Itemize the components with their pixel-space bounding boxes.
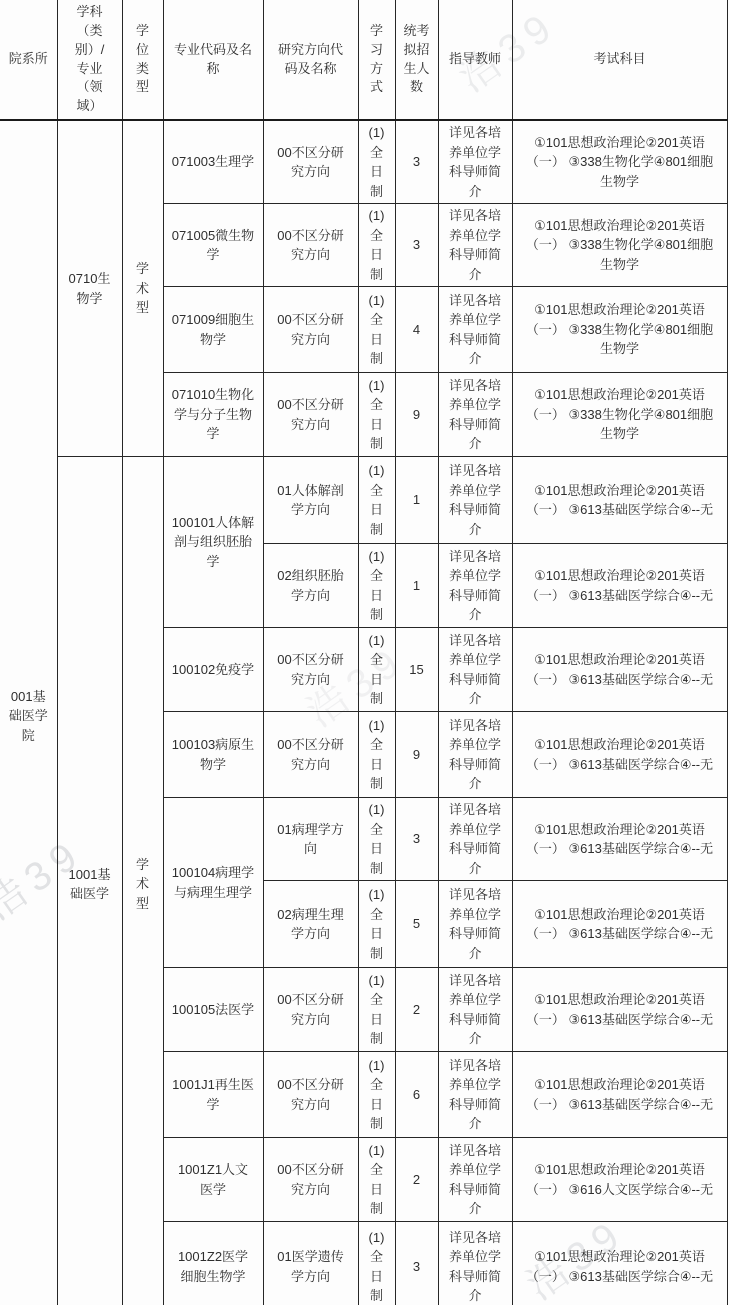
exam-subjects-cell: ①101思想政治理论②201英语 （一） ③613基础医学综合④--无 bbox=[512, 798, 727, 881]
major-cell: 071005微生物学 bbox=[163, 204, 263, 287]
col-header-direction: 研究方向代 码及名称 bbox=[263, 0, 358, 120]
direction-cell: 00不区分研究方向 bbox=[263, 712, 358, 798]
major-cell: 100105法医学 bbox=[163, 968, 263, 1052]
direction-cell: 01人体解剖学方向 bbox=[263, 457, 358, 544]
table-row: 001基础医学院 0710生物学 学 术 型 071003生理学 00不区分研究… bbox=[0, 120, 727, 204]
degree-type-cell: 学 术 型 bbox=[122, 457, 163, 1305]
major-cell: 1001J1再生医学 bbox=[163, 1052, 263, 1138]
direction-cell: 02组织胚胎学方向 bbox=[263, 544, 358, 628]
major-cell: 100104病理学与病理生理学 bbox=[163, 798, 263, 968]
col-header-dept: 院系所 bbox=[0, 0, 57, 120]
study-mode-cell: (1) 全 日 制 bbox=[358, 544, 395, 628]
exam-subjects-cell: ①101思想政治理论②201英语 （一） ③338生物化学④801细胞生物学 bbox=[512, 120, 727, 204]
col-header-exam: 考试科目 bbox=[512, 0, 727, 120]
col-header-subject: 学科 （类 别）/ 专业 （领 域） bbox=[57, 0, 122, 120]
exam-subjects-cell: ①101思想政治理论②201英语 （一） ③613基础医学综合④--无 bbox=[512, 457, 727, 544]
quota-cell: 1 bbox=[395, 457, 438, 544]
quota-cell: 1 bbox=[395, 544, 438, 628]
advisor-cell: 详见各培养单位学科导师简介 bbox=[438, 1138, 512, 1222]
major-cell: 1001Z2医学细胞生物学 bbox=[163, 1222, 263, 1305]
advisor-cell: 详见各培养单位学科导师简介 bbox=[438, 1222, 512, 1305]
quota-cell: 6 bbox=[395, 1052, 438, 1138]
page: 浩39 浩39 浩39 浩39 院系所 学科 （类 别）/ 专业 （领 域） 学… bbox=[0, 0, 730, 1305]
major-cell: 071010生物化学与分子生物学 bbox=[163, 373, 263, 457]
col-header-advisor: 指导教师 bbox=[438, 0, 512, 120]
quota-cell: 15 bbox=[395, 628, 438, 712]
advisor-cell: 详见各培养单位学科导师简介 bbox=[438, 968, 512, 1052]
study-mode-cell: (1) 全 日 制 bbox=[358, 798, 395, 881]
col-header-quota: 统考 拟招 生人 数 bbox=[395, 0, 438, 120]
advisor-cell: 详见各培养单位学科导师简介 bbox=[438, 881, 512, 968]
advisor-cell: 详见各培养单位学科导师简介 bbox=[438, 1052, 512, 1138]
direction-cell: 00不区分研究方向 bbox=[263, 204, 358, 287]
col-header-major: 专业代码及名 称 bbox=[163, 0, 263, 120]
study-mode-cell: (1) 全 日 制 bbox=[358, 287, 395, 373]
degree-type-cell: 学 术 型 bbox=[122, 120, 163, 457]
exam-subjects-cell: ①101思想政治理论②201英语 （一） ③338生物化学④801细胞生物学 bbox=[512, 204, 727, 287]
study-mode-cell: (1) 全 日 制 bbox=[358, 457, 395, 544]
study-mode-cell: (1) 全 日 制 bbox=[358, 120, 395, 204]
advisor-cell: 详见各培养单位学科导师简介 bbox=[438, 712, 512, 798]
subject-group-cell: 0710生物学 bbox=[57, 120, 122, 457]
direction-cell: 00不区分研究方向 bbox=[263, 1138, 358, 1222]
direction-cell: 00不区分研究方向 bbox=[263, 968, 358, 1052]
study-mode-cell: (1) 全 日 制 bbox=[358, 1138, 395, 1222]
advisor-cell: 详见各培养单位学科导师简介 bbox=[438, 120, 512, 204]
quota-cell: 9 bbox=[395, 373, 438, 457]
quota-cell: 3 bbox=[395, 120, 438, 204]
quota-cell: 2 bbox=[395, 968, 438, 1052]
major-cell: 071009细胞生物学 bbox=[163, 287, 263, 373]
direction-cell: 00不区分研究方向 bbox=[263, 1052, 358, 1138]
advisor-cell: 详见各培养单位学科导师简介 bbox=[438, 457, 512, 544]
exam-subjects-cell: ①101思想政治理论②201英语 （一） ③613基础医学综合④--无 bbox=[512, 712, 727, 798]
quota-cell: 2 bbox=[395, 1138, 438, 1222]
table-row: 1001基础医学 学 术 型 100101人体解剖与组织胚胎学 01人体解剖学方… bbox=[0, 457, 727, 544]
col-header-mode: 学 习 方 式 bbox=[358, 0, 395, 120]
quota-cell: 5 bbox=[395, 881, 438, 968]
exam-subjects-cell: ①101思想政治理论②201英语 （一） ③338生物化学④801细胞生物学 bbox=[512, 373, 727, 457]
exam-subjects-cell: ①101思想政治理论②201英语 （一） ③613基础医学综合④--无 bbox=[512, 968, 727, 1052]
quota-cell: 3 bbox=[395, 204, 438, 287]
exam-subjects-cell: ①101思想政治理论②201英语 （一） ③613基础医学综合④--无 bbox=[512, 544, 727, 628]
study-mode-cell: (1) 全 日 制 bbox=[358, 968, 395, 1052]
header-row: 院系所 学科 （类 别）/ 专业 （领 域） 学 位 类 型 专业代码及名 称 … bbox=[0, 0, 727, 120]
study-mode-cell: (1) 全 日 制 bbox=[358, 373, 395, 457]
major-cell: 071003生理学 bbox=[163, 120, 263, 204]
study-mode-cell: (1) 全 日 制 bbox=[358, 1222, 395, 1305]
advisor-cell: 详见各培养单位学科导师简介 bbox=[438, 204, 512, 287]
major-cell: 100102免疫学 bbox=[163, 628, 263, 712]
advisor-cell: 详见各培养单位学科导师简介 bbox=[438, 798, 512, 881]
advisor-cell: 详见各培养单位学科导师简介 bbox=[438, 373, 512, 457]
direction-cell: 00不区分研究方向 bbox=[263, 628, 358, 712]
admissions-table: 院系所 学科 （类 别）/ 专业 （领 域） 学 位 类 型 专业代码及名 称 … bbox=[0, 0, 728, 1305]
exam-subjects-cell: ①101思想政治理论②201英语 （一） ③613基础医学综合④--无 bbox=[512, 628, 727, 712]
quota-cell: 4 bbox=[395, 287, 438, 373]
study-mode-cell: (1) 全 日 制 bbox=[358, 204, 395, 287]
direction-cell: 00不区分研究方向 bbox=[263, 287, 358, 373]
major-cell: 100101人体解剖与组织胚胎学 bbox=[163, 457, 263, 628]
exam-subjects-cell: ①101思想政治理论②201英语 （一） ③613基础医学综合④--无 bbox=[512, 881, 727, 968]
major-cell: 1001Z1人文医学 bbox=[163, 1138, 263, 1222]
exam-subjects-cell: ①101思想政治理论②201英语 （一） ③613基础医学综合④--无 bbox=[512, 1222, 727, 1305]
subject-group-cell: 1001基础医学 bbox=[57, 457, 122, 1305]
dept-cell: 001基础医学院 bbox=[0, 120, 57, 1305]
quota-cell: 9 bbox=[395, 712, 438, 798]
advisor-cell: 详见各培养单位学科导师简介 bbox=[438, 544, 512, 628]
col-header-degree: 学 位 类 型 bbox=[122, 0, 163, 120]
study-mode-cell: (1) 全 日 制 bbox=[358, 1052, 395, 1138]
quota-cell: 3 bbox=[395, 798, 438, 881]
direction-cell: 01医学遗传学方向 bbox=[263, 1222, 358, 1305]
major-cell: 100103病原生物学 bbox=[163, 712, 263, 798]
advisor-cell: 详见各培养单位学科导师简介 bbox=[438, 287, 512, 373]
study-mode-cell: (1) 全 日 制 bbox=[358, 628, 395, 712]
study-mode-cell: (1) 全 日 制 bbox=[358, 712, 395, 798]
exam-subjects-cell: ①101思想政治理论②201英语 （一） ③616人文医学综合④--无 bbox=[512, 1138, 727, 1222]
direction-cell: 02病理生理学方向 bbox=[263, 881, 358, 968]
direction-cell: 00不区分研究方向 bbox=[263, 120, 358, 204]
advisor-cell: 详见各培养单位学科导师简介 bbox=[438, 628, 512, 712]
exam-subjects-cell: ①101思想政治理论②201英语 （一） ③338生物化学④801细胞生物学 bbox=[512, 287, 727, 373]
quota-cell: 3 bbox=[395, 1222, 438, 1305]
study-mode-cell: (1) 全 日 制 bbox=[358, 881, 395, 968]
exam-subjects-cell: ①101思想政治理论②201英语 （一） ③613基础医学综合④--无 bbox=[512, 1052, 727, 1138]
direction-cell: 01病理学方向 bbox=[263, 798, 358, 881]
direction-cell: 00不区分研究方向 bbox=[263, 373, 358, 457]
